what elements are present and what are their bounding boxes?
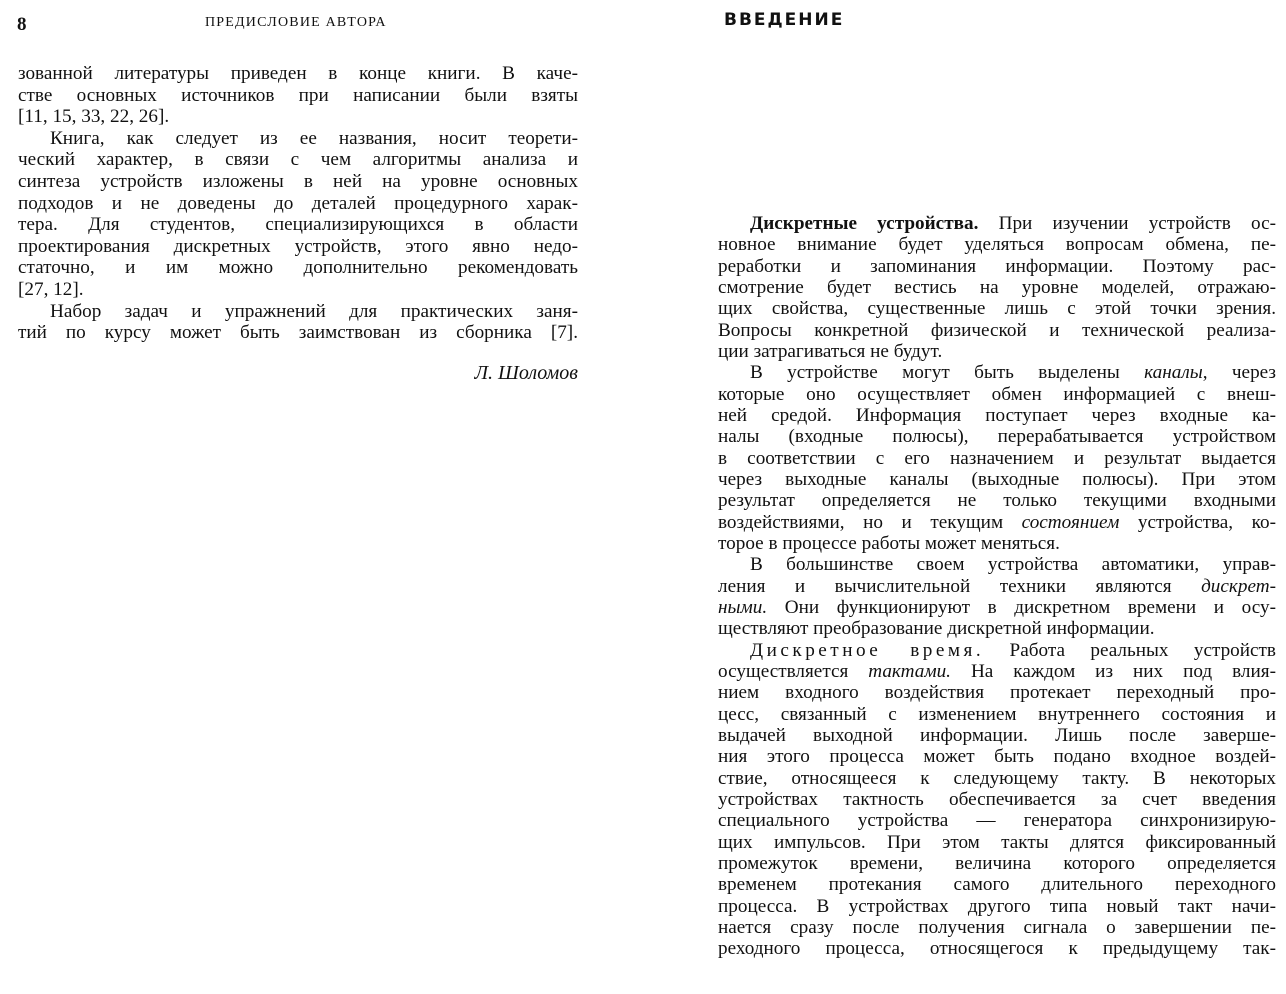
line-text: Книга, как следует из ее названия, носит… xyxy=(50,128,578,149)
page-number: 8 xyxy=(17,14,27,36)
line-text: статочно, и им можно дополнительно реком… xyxy=(18,257,578,278)
line-text: щих импульсов. При этом такты длятся фик… xyxy=(718,832,1276,853)
emphasis-term: ными. xyxy=(718,597,767,618)
text-line: ществляют преобразование дискретной инфо… xyxy=(718,618,1276,639)
text-line: ления и вычислительной техники являются … xyxy=(718,576,1276,597)
run-in-heading: Дискретные устройства. xyxy=(750,213,978,234)
text-line: результат определяется не только текущим… xyxy=(718,490,1276,511)
text-line: Книга, как следует из ее названия, носит… xyxy=(50,128,578,149)
line-text: На каждом из них под влия- xyxy=(951,661,1276,682)
line-text: ния этого процесса может быть подано вхо… xyxy=(718,746,1276,767)
text-line: Дискретное время. Работа реальных устрой… xyxy=(750,640,1276,661)
text-line: которые оно осуществляет обмен информаци… xyxy=(718,384,1276,405)
text-line: статочно, и им можно дополнительно реком… xyxy=(18,257,578,278)
line-text: зованной литературы приведен в конце кни… xyxy=(18,63,578,84)
chapter-title: ВВЕДЕНИЕ xyxy=(724,10,844,30)
text-line: ния этого процесса может быть подано вхо… xyxy=(718,746,1276,767)
line-text: смотрение будет вестись на уровне моделе… xyxy=(718,277,1276,298)
text-line: [27, 12]. xyxy=(18,279,578,300)
line-text: , через xyxy=(1203,362,1276,383)
text-line: стве основных источников при написании б… xyxy=(18,85,578,106)
line-text: щих свойства, существенные лишь с этой т… xyxy=(718,298,1276,319)
line-text: Они функционируют в дискретном времени и… xyxy=(767,597,1276,618)
text-line: нием входного воздействия протекает пере… xyxy=(718,682,1276,703)
line-text: временем протекания самого длительного п… xyxy=(718,874,1276,895)
line-text: В большинстве своем устройства автоматик… xyxy=(750,554,1276,575)
text-line: проектирования дискретных устройств, это… xyxy=(18,236,578,257)
line-text: процесса. В устройствах другого типа нов… xyxy=(718,896,1276,917)
line-text: в соответствии с его назначением и резул… xyxy=(718,448,1276,469)
text-line: выдачей выходной информации. Лишь после … xyxy=(718,725,1276,746)
text-line: Дискретные устройства. При изучении устр… xyxy=(750,213,1276,234)
text-line: подходов и не доведены до деталей процед… xyxy=(18,193,578,214)
line-text: ствие, относящееся к следующему такту. В… xyxy=(718,768,1276,789)
line-text: реработки и запоминания информации. Поэт… xyxy=(718,256,1276,277)
line-text: через выходные каналы (выходные полюсы).… xyxy=(718,469,1276,490)
line-text: стве основных источников при написании б… xyxy=(18,85,578,106)
text-line: [11, 15, 33, 22, 26]. xyxy=(18,106,578,127)
text-line: специального устройства — генератора син… xyxy=(718,810,1276,831)
text-line: Набор задач и упражнений для практически… xyxy=(50,301,578,322)
line-text: нается сразу после получения сигнала о з… xyxy=(718,917,1276,938)
emphasis-term: состоянием xyxy=(1022,512,1120,533)
line-text: Работа реальных устройств xyxy=(984,640,1276,661)
line-text: тера. Для студентов, специализирующихся … xyxy=(18,214,578,235)
text-line: налы (входные полюсы), перерабатывается … xyxy=(718,426,1276,447)
text-line: воздействиями, но и текущим состоянием у… xyxy=(718,512,1276,533)
line-text: налы (входные полюсы), перерабатывается … xyxy=(718,426,1276,447)
line-text: воздействиями, но и текущим xyxy=(718,512,1022,533)
line-text: реходного процесса, относящегося к преды… xyxy=(718,938,1276,959)
emphasis-term: тактами. xyxy=(868,661,951,682)
line-text: [11, 15, 33, 22, 26]. xyxy=(18,106,169,127)
line-text: устройствах тактность обеспечивается за … xyxy=(718,789,1276,810)
line-text: Набор задач и упражнений для практически… xyxy=(50,301,578,322)
text-line: смотрение будет вестись на уровне моделе… xyxy=(718,277,1276,298)
line-text: торое в процессе работы может меняться. xyxy=(718,533,1060,554)
spaced-heading: Дискретное время. xyxy=(750,640,984,661)
line-text: ществляют преобразование дискретной инфо… xyxy=(718,618,1155,639)
text-line: щих свойства, существенные лишь с этой т… xyxy=(718,298,1276,319)
line-text: устройства, ко- xyxy=(1119,512,1276,533)
text-line: осуществляется тактами. На каждом из них… xyxy=(718,661,1276,682)
text-line: ней средой. Информация поступает через в… xyxy=(718,405,1276,426)
line-text: осуществляется xyxy=(718,661,868,682)
text-line: реходного процесса, относящегося к преды… xyxy=(718,938,1276,959)
text-line: нается сразу после получения сигнала о з… xyxy=(718,917,1276,938)
line-text: нием входного воздействия протекает пере… xyxy=(718,682,1276,703)
emphasis-term: каналы xyxy=(1144,362,1203,383)
text-line: ции затрагиваться не будут. xyxy=(718,341,1276,362)
text-line: В большинстве своем устройства автоматик… xyxy=(750,554,1276,575)
line-text: подходов и не доведены до деталей процед… xyxy=(18,193,578,214)
text-line: тий по курсу может быть заимствован из с… xyxy=(18,322,578,343)
text-line: цесс, связанный с изменением внутреннего… xyxy=(718,704,1276,725)
text-line: зованной литературы приведен в конце кни… xyxy=(18,63,578,84)
text-line: ствие, относящееся к следующему такту. В… xyxy=(718,768,1276,789)
line-text: проектирования дискретных устройств, это… xyxy=(18,236,578,257)
line-text: выдачей выходной информации. Лишь после … xyxy=(718,725,1276,746)
line-text: Вопросы конкретной физической и техничес… xyxy=(718,320,1276,341)
line-text: В устройстве могут быть выделены xyxy=(750,362,1144,383)
author-signature: Л. Шоломов xyxy=(450,362,578,385)
text-line: промежуток времени, величина которого оп… xyxy=(718,853,1276,874)
line-text: которые оно осуществляет обмен информаци… xyxy=(718,384,1276,405)
line-text: тий по курсу может быть заимствован из с… xyxy=(18,322,578,343)
left-page: 8 ПРЕДИСЛОВИЕ АВТОРА зованной литературы… xyxy=(0,0,640,994)
text-line: процесса. В устройствах другого типа нов… xyxy=(718,896,1276,917)
line-text: ления и вычислительной техники являются xyxy=(718,576,1201,597)
line-text: синтеза устройств изложены в ней на уров… xyxy=(18,171,578,192)
line-text: ции затрагиваться не будут. xyxy=(718,341,942,362)
text-line: синтеза устройств изложены в ней на уров… xyxy=(18,171,578,192)
text-line: устройствах тактность обеспечивается за … xyxy=(718,789,1276,810)
emphasis-term: дискрет- xyxy=(1201,576,1276,597)
text-line: через выходные каналы (выходные полюсы).… xyxy=(718,469,1276,490)
text-line: в соответствии с его назначением и резул… xyxy=(718,448,1276,469)
text-line: тера. Для студентов, специализирующихся … xyxy=(18,214,578,235)
right-page: ВВЕДЕНИЕ Дискретные устройства. При изуч… xyxy=(640,0,1286,994)
text-line: ными. Они функционируют в дискретном вре… xyxy=(718,597,1276,618)
line-text: ческий характер, в связи с чем алгоритмы… xyxy=(18,149,578,170)
text-line: щих импульсов. При этом такты длятся фик… xyxy=(718,832,1276,853)
line-text: При изучении устройств ос- xyxy=(978,213,1276,234)
line-text: специального устройства — генератора син… xyxy=(718,810,1276,831)
text-line: В устройстве могут быть выделены каналы,… xyxy=(750,362,1276,383)
text-line: новное внимание будет уделяться вопросам… xyxy=(718,234,1276,255)
text-line: Вопросы конкретной физической и техничес… xyxy=(718,320,1276,341)
running-head: ПРЕДИСЛОВИЕ АВТОРА xyxy=(205,15,387,31)
text-line: временем протекания самого длительного п… xyxy=(718,874,1276,895)
line-text: [27, 12]. xyxy=(18,279,84,300)
line-text: промежуток времени, величина которого оп… xyxy=(718,853,1276,874)
line-text: новное внимание будет уделяться вопросам… xyxy=(718,234,1276,255)
line-text: результат определяется не только текущим… xyxy=(718,490,1276,511)
text-line: торое в процессе работы может меняться. xyxy=(718,533,1276,554)
line-text: цесс, связанный с изменением внутреннего… xyxy=(718,704,1276,725)
text-line: реработки и запоминания информации. Поэт… xyxy=(718,256,1276,277)
text-line: ческий характер, в связи с чем алгоритмы… xyxy=(18,149,578,170)
line-text: ней средой. Информация поступает через в… xyxy=(718,405,1276,426)
